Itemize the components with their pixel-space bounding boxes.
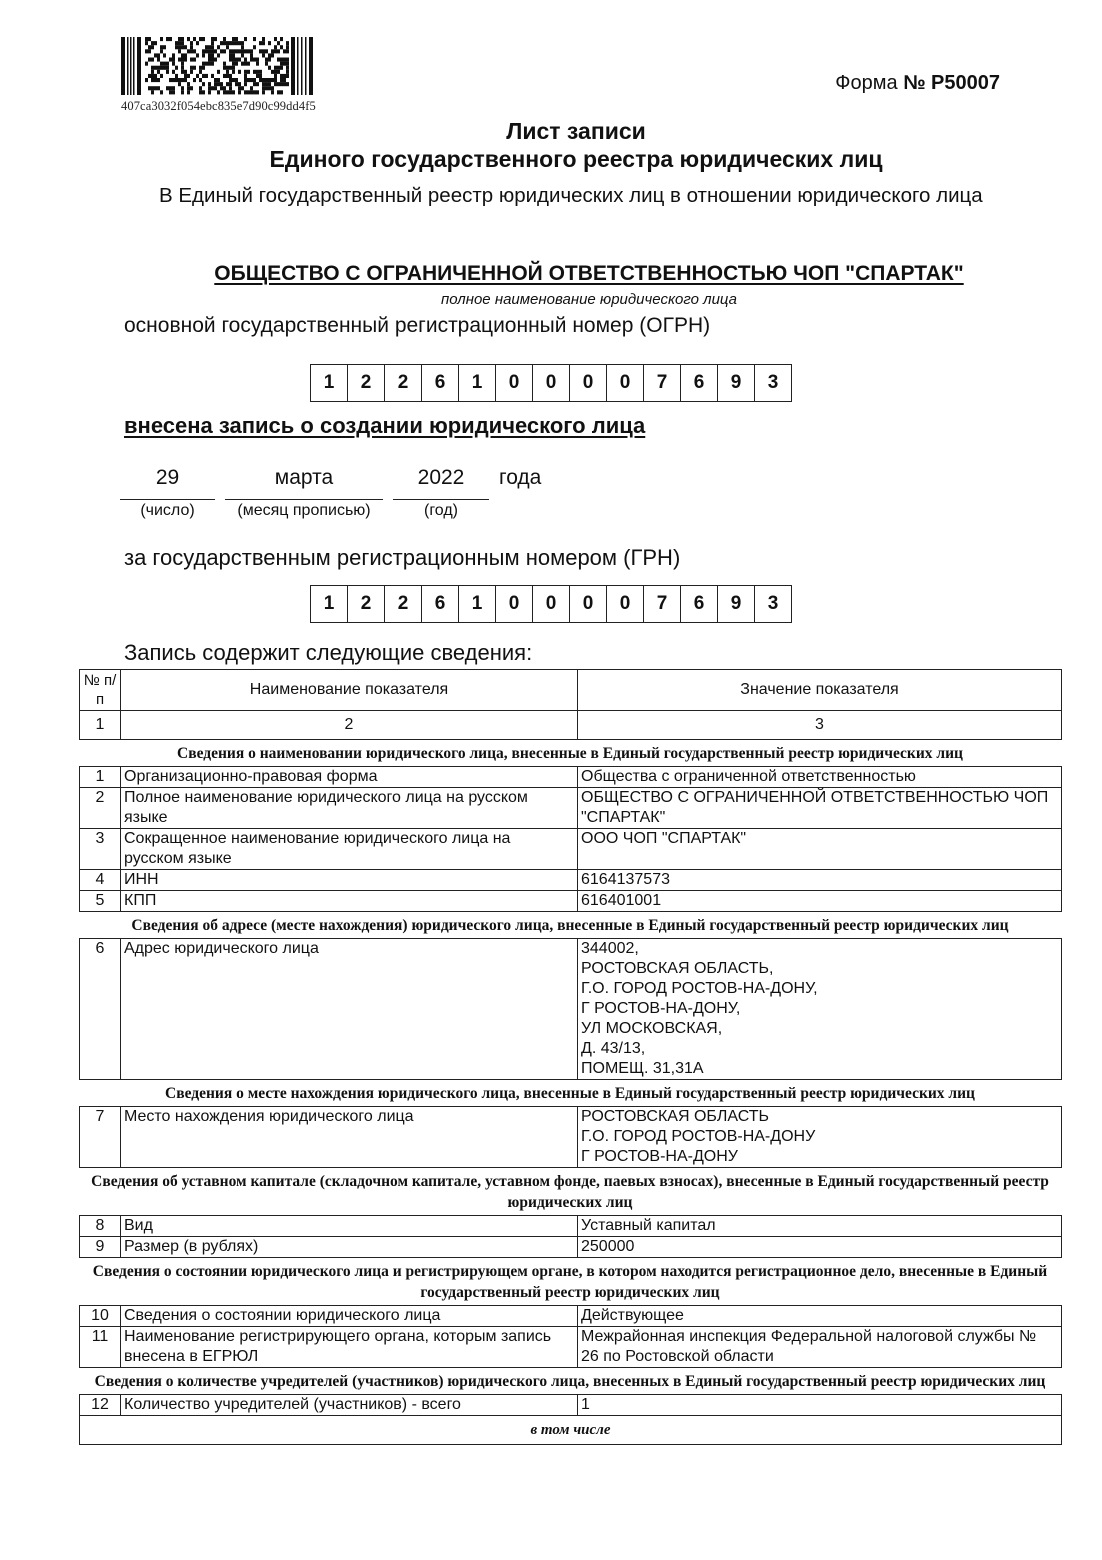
table-note: в том числе bbox=[80, 1416, 1062, 1445]
row-number: 3 bbox=[80, 829, 121, 870]
column-number: 1 bbox=[80, 711, 121, 740]
contains-label: Запись содержит следующие сведения: bbox=[124, 640, 532, 666]
row-number: 12 bbox=[80, 1395, 121, 1416]
table-block: 10Сведения о состоянии юридического лица… bbox=[79, 1305, 1062, 1368]
table-header-row: № п/пНаименование показателяЗначение пок… bbox=[80, 670, 1062, 711]
digit-cell: 3 bbox=[754, 585, 792, 623]
column-header: Наименование показателя bbox=[121, 670, 578, 711]
digit-cell: 9 bbox=[717, 364, 755, 402]
indicator-name: Место нахождения юридического лица bbox=[121, 1107, 578, 1168]
ogrn-label: основной государственный регистрационный… bbox=[124, 314, 710, 338]
form-number: Форма № Р50007 bbox=[835, 72, 1000, 95]
indicator-name: Адрес юридического лица bbox=[121, 939, 578, 1080]
entry-action: внесена запись о создании юридического л… bbox=[124, 413, 645, 439]
section-title: Сведения об адресе (месте нахождения) юр… bbox=[79, 912, 1061, 938]
table-row: 10Сведения о состоянии юридического лица… bbox=[80, 1306, 1062, 1327]
table-row: 5КПП616401001 bbox=[80, 891, 1062, 912]
table-block: 1Организационно-правовая формаОбщества с… bbox=[79, 766, 1062, 912]
section-title: Сведения о количестве учредителей (участ… bbox=[79, 1368, 1061, 1394]
digit-cell: 0 bbox=[532, 364, 570, 402]
indicator-name: Размер (в рублях) bbox=[121, 1237, 578, 1258]
table-block: 6Адрес юридического лица344002, РОСТОВСК… bbox=[79, 938, 1062, 1080]
indicator-name: Наименование регистрирующего органа, кот… bbox=[121, 1327, 578, 1368]
row-number: 11 bbox=[80, 1327, 121, 1368]
table-block: 8ВидУставный капитал9Размер (в рублях)25… bbox=[79, 1215, 1062, 1258]
digit-cell: 0 bbox=[495, 364, 533, 402]
column-number: 3 bbox=[578, 711, 1062, 740]
table-row: 11Наименование регистрирующего органа, к… bbox=[80, 1327, 1062, 1368]
ogrn-digit-boxes: 1226100007693 bbox=[311, 364, 792, 402]
indicator-value: Уставный капитал bbox=[578, 1216, 1062, 1237]
section-title: Сведения о месте нахождения юридического… bbox=[79, 1080, 1061, 1106]
indicator-value: 6164137573 bbox=[578, 870, 1062, 891]
document-subtitle: Единого государственного реестра юридиче… bbox=[0, 146, 1102, 173]
barcode-2d-icon bbox=[121, 37, 313, 95]
row-number: 7 bbox=[80, 1107, 121, 1168]
digit-cell: 9 bbox=[717, 585, 755, 623]
indicator-value: 250000 bbox=[578, 1237, 1062, 1258]
table-header-number-row: 123 bbox=[80, 711, 1062, 740]
date-day: 29 bbox=[120, 466, 215, 490]
table-row: 4ИНН6164137573 bbox=[80, 870, 1062, 891]
indicator-name: Сведения о состоянии юридического лица bbox=[121, 1306, 578, 1327]
digit-cell: 0 bbox=[606, 364, 644, 402]
digit-cell: 6 bbox=[421, 585, 459, 623]
section-title: Сведения об уставном капитале (складочно… bbox=[79, 1168, 1061, 1215]
table-row: 1Организационно-правовая формаОбщества с… bbox=[80, 767, 1062, 788]
indicator-name: ИНН bbox=[121, 870, 578, 891]
column-number: 2 bbox=[121, 711, 578, 740]
records-table: № п/пНаименование показателяЗначение пок… bbox=[79, 669, 1061, 1445]
indicator-value: Действующее bbox=[578, 1306, 1062, 1327]
table-block: № п/пНаименование показателяЗначение пок… bbox=[79, 669, 1062, 740]
table-row: 7Место нахождения юридического лицаРОСТО… bbox=[80, 1107, 1062, 1168]
date-month-caption: (месяц прописью) bbox=[222, 502, 386, 520]
table-row: 12Количество учредителей (участников) - … bbox=[80, 1395, 1062, 1416]
row-number: 2 bbox=[80, 788, 121, 829]
indicator-value: 616401001 bbox=[578, 891, 1062, 912]
row-number: 5 bbox=[80, 891, 121, 912]
indicator-value: РОСТОВСКАЯ ОБЛАСТЬ Г.О. ГОРОД РОСТОВ-НА-… bbox=[578, 1107, 1062, 1168]
indicator-value: 1 bbox=[578, 1395, 1062, 1416]
indicator-name: Количество учредителей (участников) - вс… bbox=[121, 1395, 578, 1416]
date-year-line bbox=[393, 499, 489, 500]
indicator-value: Общества с ограниченной ответственностью bbox=[578, 767, 1062, 788]
indicator-name: КПП bbox=[121, 891, 578, 912]
digit-cell: 2 bbox=[384, 585, 422, 623]
digit-cell: 2 bbox=[347, 585, 385, 623]
section-title: Сведения о наименовании юридического лиц… bbox=[79, 740, 1061, 766]
indicator-value: ООО ЧОП "СПАРТАК" bbox=[578, 829, 1062, 870]
table-row: 8ВидУставный капитал bbox=[80, 1216, 1062, 1237]
row-number: 6 bbox=[80, 939, 121, 1080]
indicator-name: Полное наименование юридического лица на… bbox=[121, 788, 578, 829]
table-row: 2Полное наименование юридического лица н… bbox=[80, 788, 1062, 829]
table-block: 7Место нахождения юридического лицаРОСТО… bbox=[79, 1106, 1062, 1168]
indicator-value: 344002, РОСТОВСКАЯ ОБЛАСТЬ, Г.О. ГОРОД Р… bbox=[578, 939, 1062, 1080]
table-row: 6Адрес юридического лица344002, РОСТОВСК… bbox=[80, 939, 1062, 1080]
digit-cell: 1 bbox=[458, 585, 496, 623]
indicator-value: ОБЩЕСТВО С ОГРАНИЧЕННОЙ ОТВЕТСТВЕННОСТЬЮ… bbox=[578, 788, 1062, 829]
digit-cell: 6 bbox=[680, 585, 718, 623]
row-number: 1 bbox=[80, 767, 121, 788]
digit-cell: 6 bbox=[421, 364, 459, 402]
grn-label: за государственным регистрационным номер… bbox=[124, 545, 680, 571]
digit-cell: 6 bbox=[680, 364, 718, 402]
entity-full-name: ОБЩЕСТВО С ОГРАНИЧЕННОЙ ОТВЕТСТВЕННОСТЬЮ… bbox=[124, 262, 1054, 286]
date-month: марта bbox=[225, 466, 383, 490]
date-day-line bbox=[120, 499, 215, 500]
date-year: 2022 bbox=[393, 466, 489, 490]
date-year-word: года bbox=[499, 466, 541, 490]
form-code: № Р50007 bbox=[903, 72, 1000, 94]
digit-cell: 1 bbox=[310, 364, 348, 402]
digit-cell: 7 bbox=[643, 585, 681, 623]
digit-cell: 0 bbox=[569, 364, 607, 402]
table-row: 9Размер (в рублях)250000 bbox=[80, 1237, 1062, 1258]
digit-cell: 3 bbox=[754, 364, 792, 402]
digit-cell: 1 bbox=[310, 585, 348, 623]
digit-cell: 2 bbox=[384, 364, 422, 402]
digit-cell: 7 bbox=[643, 364, 681, 402]
column-header: № п/п bbox=[80, 670, 121, 711]
row-number: 4 bbox=[80, 870, 121, 891]
row-number: 8 bbox=[80, 1216, 121, 1237]
row-number: 10 bbox=[80, 1306, 121, 1327]
indicator-value: Межрайонная инспекция Федеральной налого… bbox=[578, 1327, 1062, 1368]
digit-cell: 0 bbox=[569, 585, 607, 623]
date-day-caption: (число) bbox=[120, 502, 215, 520]
digit-cell: 0 bbox=[495, 585, 533, 623]
intro-text: В Единый государственный реестр юридичес… bbox=[124, 183, 984, 209]
table-note-row: в том числе bbox=[80, 1416, 1062, 1445]
column-header: Значение показателя bbox=[578, 670, 1062, 711]
indicator-name: Сокращенное наименование юридического ли… bbox=[121, 829, 578, 870]
barcode-id: 407ca3032f054ebc835e7d90c99dd4f5 bbox=[121, 99, 316, 114]
grn-digit-boxes: 1226100007693 bbox=[311, 585, 792, 623]
document-title: Лист записи bbox=[0, 118, 1102, 145]
indicator-name: Организационно-правовая форма bbox=[121, 767, 578, 788]
row-number: 9 bbox=[80, 1237, 121, 1258]
table-row: 3Сокращенное наименование юридического л… bbox=[80, 829, 1062, 870]
indicator-name: Вид bbox=[121, 1216, 578, 1237]
table-block: 12Количество учредителей (участников) - … bbox=[79, 1394, 1062, 1445]
digit-cell: 2 bbox=[347, 364, 385, 402]
entity-name-caption: полное наименование юридического лица bbox=[124, 291, 1054, 308]
form-label: Форма bbox=[835, 72, 897, 94]
section-title: Сведения о состоянии юридического лица и… bbox=[79, 1258, 1061, 1305]
date-year-caption: (год) bbox=[393, 502, 489, 520]
date-month-line bbox=[225, 499, 383, 500]
digit-cell: 0 bbox=[606, 585, 644, 623]
digit-cell: 0 bbox=[532, 585, 570, 623]
digit-cell: 1 bbox=[458, 364, 496, 402]
